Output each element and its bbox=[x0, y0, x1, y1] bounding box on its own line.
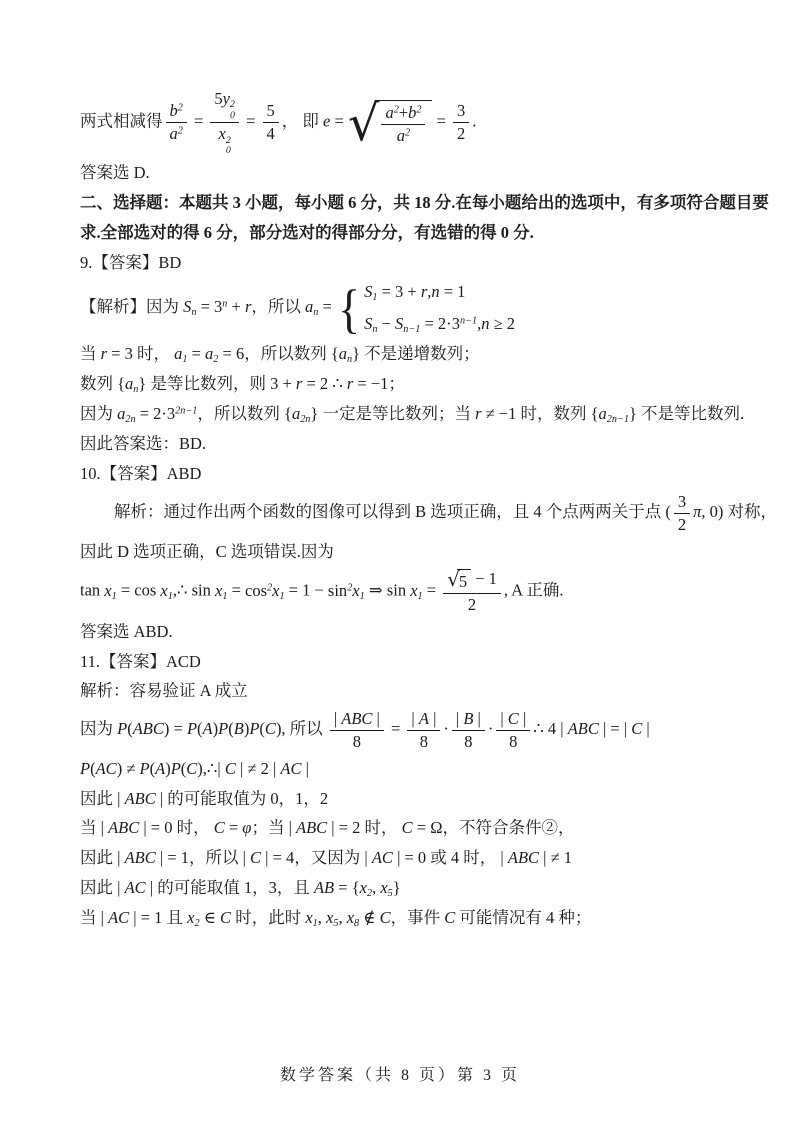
math-var: ABC bbox=[108, 818, 139, 837]
fraction-denominator: 4 bbox=[263, 123, 279, 144]
text-run: | bbox=[429, 709, 436, 728]
script-base: a bbox=[339, 344, 347, 363]
text-run: 求.全部选对的得 6 分，部分选对的得部分分，有选错的得 0 分. bbox=[80, 223, 534, 242]
scripted-term: Sn−1 bbox=[395, 314, 420, 333]
fraction-numerator: 5y20 bbox=[210, 89, 239, 123]
scripted-term: an bbox=[305, 297, 318, 316]
script-base: S bbox=[395, 314, 403, 333]
script-base: x bbox=[410, 581, 417, 600]
q11-abc-values: 因此 | ABC | 的可能取值为 0，1，2 bbox=[80, 787, 736, 812]
text-run: 数列 { bbox=[80, 374, 125, 393]
script-base: a bbox=[385, 103, 393, 122]
text-run: ) = bbox=[164, 719, 187, 738]
fraction-denominator: 2 bbox=[674, 514, 690, 535]
scripted-term: Sn bbox=[364, 314, 377, 333]
fraction-numerator: b2 bbox=[166, 101, 187, 123]
superscript: 2n−1 bbox=[175, 406, 197, 417]
text-run: = bbox=[242, 112, 260, 131]
text-run: 时，此时 bbox=[231, 908, 305, 927]
section-2-header-line1: 二、选择题：本题共 3 小题，每小题 6 分，共 18 分.在每小题给出的选项中… bbox=[80, 191, 736, 216]
math-var: P bbox=[171, 759, 181, 778]
text-run: ；当 | bbox=[251, 818, 296, 837]
text-run: 3 bbox=[457, 101, 465, 120]
scripted-term: a1 bbox=[174, 344, 187, 363]
text-run: 10.【答案】ABD bbox=[80, 464, 201, 483]
scripted-term: x20 bbox=[219, 124, 231, 143]
fraction: 32 bbox=[453, 101, 469, 144]
text-run: , bbox=[318, 908, 326, 927]
q9-line-a2n: 因为 a2n = 2·32n−1，所以数列 {a2n} 一定是等比数列；当 r … bbox=[80, 402, 736, 427]
math-var: A bbox=[419, 709, 429, 728]
text-run: } 不是等比数列. bbox=[629, 404, 744, 423]
q9-final: 因此答案选：BD. bbox=[80, 432, 736, 457]
text-run: } 是等比数列，则 3 + bbox=[138, 374, 295, 393]
text-run: 两式相减得 bbox=[80, 112, 163, 131]
text-run: + bbox=[227, 297, 245, 316]
scripted-term: x1 bbox=[272, 581, 284, 600]
radical-sign-icon: √ bbox=[447, 570, 460, 590]
fraction-numerator: √5 − 1 bbox=[443, 569, 501, 594]
sub-sup-stack: 20 bbox=[230, 100, 235, 121]
script-base: x bbox=[305, 908, 312, 927]
text-run: | bbox=[372, 709, 379, 728]
scripted-term: 3n bbox=[214, 297, 227, 316]
math-var: A bbox=[203, 719, 213, 738]
script-base: 3 bbox=[167, 404, 175, 423]
scripted-term: x1 bbox=[215, 581, 227, 600]
text-run: 因为 bbox=[80, 719, 117, 738]
math-var: AC bbox=[125, 878, 146, 897]
text-run: · bbox=[443, 719, 449, 738]
script-base: a bbox=[170, 124, 178, 143]
math-var: C bbox=[631, 719, 642, 738]
text-run: | 的可能取值 1，3，且 bbox=[146, 878, 314, 897]
fraction: √5 − 12 bbox=[443, 569, 501, 615]
text-run: ，所以数列 { bbox=[197, 404, 292, 423]
text-run: 4 bbox=[267, 124, 275, 143]
text-run: ), 所以 bbox=[276, 719, 327, 738]
text-run: | = 0 或 4 时， | bbox=[393, 848, 508, 867]
text-run: 答案选 ABD. bbox=[80, 622, 173, 641]
scripted-term: x1 bbox=[305, 908, 317, 927]
fraction-numerator: | ABC | bbox=[330, 709, 384, 731]
text-run: = −1； bbox=[353, 374, 405, 393]
math-var: ABC bbox=[508, 848, 539, 867]
answer-sheet-page: 两式相减得b2a2 = 5y20x20 = 54， 即 e = √a2+b2a2… bbox=[0, 0, 800, 1131]
superscript: 2 bbox=[405, 127, 410, 138]
scripted-term: x5 bbox=[326, 908, 338, 927]
text-run: 解析：通过作出两个函数的图像可以得到 B 选项正确，且 4 个点两两关于点 ( bbox=[114, 502, 671, 521]
text-run: ，所以 bbox=[251, 297, 305, 316]
fraction-denominator: 2 bbox=[453, 123, 469, 144]
fraction-numerator: 3 bbox=[453, 101, 469, 123]
script-base: sin bbox=[328, 581, 347, 600]
text-run: } bbox=[393, 878, 401, 897]
fraction-denominator: 8 bbox=[330, 731, 384, 752]
sub-sup-stack: 20 bbox=[226, 136, 231, 157]
text-run: , A 正确. bbox=[504, 581, 564, 600]
math-var: n bbox=[431, 282, 439, 301]
text-run: 2 bbox=[457, 124, 465, 143]
text-run: 可能情况有 4 种； bbox=[455, 908, 591, 927]
superscript: 2 bbox=[178, 103, 183, 114]
text-run: 5 bbox=[214, 89, 222, 108]
superscript: 2 bbox=[416, 104, 421, 115]
text-run: | ≠ 1 bbox=[539, 848, 572, 867]
text-run: − bbox=[377, 314, 395, 333]
fraction: | C |8 bbox=[496, 709, 530, 752]
script-base: x bbox=[352, 581, 359, 600]
math-var: AB bbox=[314, 878, 334, 897]
math-var: A bbox=[155, 759, 165, 778]
fraction-numerator: | B | bbox=[452, 709, 485, 731]
math-var: C bbox=[225, 759, 236, 778]
script-base: x bbox=[160, 581, 167, 600]
text-run: 因为 bbox=[80, 404, 117, 423]
text-run: 2 bbox=[678, 515, 686, 534]
text-run: | bbox=[519, 709, 526, 728]
text-run: 2 bbox=[468, 595, 476, 614]
text-run: = 6，所以数列 { bbox=[218, 344, 338, 363]
math-var: P bbox=[80, 759, 90, 778]
script-base: 3 bbox=[452, 314, 460, 333]
text-run: 二、选择题：本题共 3 小题，每小题 6 分，共 18 分.在每小题给出的选项中… bbox=[80, 193, 769, 212]
text-run: = 2 ∴ bbox=[302, 374, 347, 393]
scripted-term: 32n−1 bbox=[167, 404, 197, 423]
text-run: 8 bbox=[509, 732, 517, 751]
fraction: 54 bbox=[263, 101, 279, 144]
script-base: a bbox=[292, 404, 300, 423]
text-run: 因此 | bbox=[80, 789, 125, 808]
cases-rows: S1 = 3 + r,n = 1Sn − Sn−1 = 2·3n−1,n ≥ 2 bbox=[364, 280, 515, 336]
script-base: cos bbox=[245, 581, 267, 600]
subscript: 2n bbox=[300, 414, 310, 425]
math-var: C bbox=[214, 818, 225, 837]
scripted-term: b2 bbox=[170, 101, 183, 120]
text-run: = bbox=[225, 818, 243, 837]
section-2-header-line2: 求.全部选对的得 6 分，部分选对的得部分分，有选错的得 0 分. bbox=[80, 221, 736, 246]
text-run: = bbox=[330, 112, 348, 131]
text-run: 8 bbox=[353, 732, 361, 751]
fraction: b2a2 bbox=[166, 101, 187, 144]
q11-probability-formula: 因为 P(ABC) = P(A)P(B)P(C), 所以 | ABC |8 = … bbox=[80, 709, 736, 752]
fraction: 5y20x20 bbox=[210, 89, 239, 156]
text-run: } 一定是等比数列；当 bbox=[310, 404, 475, 423]
text-run: | = 0 时， bbox=[139, 818, 213, 837]
q9-line-r3: 当 r = 3 时， a1 = a2 = 6，所以数列 {an} 不是递增数列； bbox=[80, 342, 736, 367]
text-run: = { bbox=[334, 878, 359, 897]
fraction: | A |8 bbox=[407, 709, 440, 752]
scripted-term: x1 bbox=[410, 581, 422, 600]
math-var: ABC bbox=[296, 818, 327, 837]
fraction-numerator: 3 bbox=[674, 492, 690, 514]
math-var: ABC bbox=[125, 848, 156, 867]
cases-row: Sn − Sn−1 = 2·3n−1,n ≥ 2 bbox=[364, 312, 515, 337]
scripted-term: x5 bbox=[380, 878, 392, 897]
fraction-denominator: 8 bbox=[452, 731, 485, 752]
text-run: 当 bbox=[80, 344, 101, 363]
text-run: , bbox=[338, 908, 346, 927]
text-run: = 1 bbox=[440, 282, 466, 301]
text-run: 3 bbox=[678, 492, 686, 511]
text-run: 答案选 D. bbox=[80, 163, 150, 182]
math-var: P bbox=[218, 719, 228, 738]
fraction: a2+b2a2 bbox=[381, 103, 425, 146]
text-run: 解析：容易验证 A 成立 bbox=[80, 681, 248, 700]
q10-trig-formula: tan x1 = cos x1,∴ sin x1 = cos2x1 = 1 − … bbox=[80, 569, 736, 615]
q10-answer: 10.【答案】ABD bbox=[80, 462, 736, 487]
scripted-term: an bbox=[339, 344, 352, 363]
scripted-term: sin2 bbox=[328, 581, 352, 600]
math-var: C bbox=[380, 908, 391, 927]
math-var: C bbox=[250, 848, 261, 867]
scripted-term: a2n−1 bbox=[599, 404, 629, 423]
math-var: C bbox=[444, 908, 455, 927]
text-run: ≠ −1 时，数列 { bbox=[482, 404, 599, 423]
radical-sign-icon: √ bbox=[348, 99, 380, 149]
q11-answer: 11.【答案】ACD bbox=[80, 650, 736, 675]
text-run: = bbox=[423, 581, 441, 600]
subscript: 2n−1 bbox=[607, 414, 629, 425]
q11-ac-case-1: 当 | AC | = 1 且 x2 ∈ C 时，此时 x1, x5, x8 ∉ … bbox=[80, 906, 736, 931]
text-run: | bbox=[473, 709, 480, 728]
text-run: ∴ 4 | bbox=[533, 719, 567, 738]
scripted-term: x2 bbox=[187, 908, 199, 927]
text-run: + bbox=[399, 103, 408, 122]
scripted-term: x1 bbox=[160, 581, 172, 600]
superscript: 2 bbox=[178, 126, 183, 137]
scripted-term: a2 bbox=[397, 126, 410, 145]
text-run: 因此 D 选项正确，C 选项错误.因为 bbox=[80, 542, 334, 561]
script-base: x bbox=[380, 878, 387, 897]
text-run: ∉ bbox=[359, 908, 379, 927]
left-brace-icon: { bbox=[338, 284, 360, 333]
math-var: ABC bbox=[568, 719, 599, 738]
text-run: | = 4，又因为 | bbox=[261, 848, 372, 867]
superscript: n−1 bbox=[460, 315, 477, 326]
math-var: C bbox=[265, 719, 276, 738]
script-base: a bbox=[397, 126, 405, 145]
page-footer: 数学答案（共 8 页）第 3 页 bbox=[0, 1062, 800, 1085]
scripted-term: 3n−1 bbox=[452, 314, 477, 333]
text-run: = cos bbox=[117, 581, 161, 600]
text-run: 因此答案选：BD. bbox=[80, 434, 206, 453]
text-run: 8 bbox=[464, 732, 472, 751]
scripted-term: a2 bbox=[205, 344, 218, 363]
q11-abc-cases: 当 | ABC | = 0 时， C = φ；当 | ABC | = 2 时， … bbox=[80, 816, 736, 841]
scripted-term: b2 bbox=[408, 103, 421, 122]
text-run: 【解析】因为 bbox=[80, 297, 183, 316]
content-lines: 两式相减得b2a2 = 5y20x20 = 54， 即 e = √a2+b2a2… bbox=[80, 89, 736, 931]
q11-analysis: 解析：容易验证 A 成立 bbox=[80, 679, 736, 704]
math-var: ABC bbox=[125, 789, 156, 808]
text-run: | 的可能取值为 0，1，2 bbox=[156, 789, 328, 808]
scripted-term: x1 bbox=[352, 581, 364, 600]
math-var: C bbox=[402, 818, 413, 837]
sqrt-radical: √5 bbox=[447, 569, 471, 592]
math-var: B bbox=[463, 709, 473, 728]
math-var: P bbox=[249, 719, 259, 738]
fraction-numerator: 5 bbox=[263, 101, 279, 123]
text-run: 11.【答案】ACD bbox=[80, 652, 201, 671]
text-run: = 2· bbox=[420, 314, 451, 333]
text-run: 当 | bbox=[80, 818, 108, 837]
text-run: = Ω，不符合条件②， bbox=[413, 818, 575, 837]
q10-line-d-correct: 因此 D 选项正确，C 选项错误.因为 bbox=[80, 540, 736, 565]
scripted-term: x8 bbox=[347, 908, 359, 927]
q11-ac-values: 因此 | AC | 的可能取值 1，3，且 AB = {x2, x5} bbox=[80, 876, 736, 901]
scripted-term: x1 bbox=[104, 581, 116, 600]
scripted-term: a2n bbox=[292, 404, 310, 423]
math-var: ABC bbox=[133, 719, 164, 738]
scripted-term: a2 bbox=[385, 103, 398, 122]
scripted-term: Sn bbox=[183, 297, 196, 316]
text-run: = bbox=[227, 581, 245, 600]
q8-final-formula: 两式相减得b2a2 = 5y20x20 = 54， 即 e = √a2+b2a2… bbox=[80, 89, 736, 156]
fraction-numerator: a2+b2 bbox=[381, 103, 425, 125]
scripted-term: a2n bbox=[117, 404, 135, 423]
q8-answer: 答案选 D. bbox=[80, 161, 736, 186]
math-var: ABC bbox=[341, 709, 372, 728]
text-run: ，事件 bbox=[391, 908, 445, 927]
math-var: C bbox=[186, 759, 197, 778]
q9-line-geometric: 数列 {an} 是等比数列，则 3 + r = 2 ∴ r = −1； bbox=[80, 372, 736, 397]
text-run: | bbox=[302, 759, 309, 778]
text-run: 9.【答案】BD bbox=[80, 253, 181, 272]
script-base: b bbox=[170, 101, 178, 120]
text-run: · bbox=[488, 719, 494, 738]
text-run: | = 1，所以 | bbox=[156, 848, 250, 867]
text-run: = 2· bbox=[136, 404, 167, 423]
text-run: ,∴ sin bbox=[173, 581, 215, 600]
text-run: 8 bbox=[420, 732, 428, 751]
math-var: P bbox=[117, 719, 127, 738]
math-var: C bbox=[508, 709, 519, 728]
text-run: − 1 bbox=[471, 570, 497, 589]
scripted-term: x2 bbox=[360, 878, 372, 897]
script-base: x bbox=[219, 124, 226, 143]
text-run: 因此 | bbox=[80, 878, 125, 897]
text-run: , 0) 对称， bbox=[701, 502, 777, 521]
text-run: = bbox=[432, 112, 450, 131]
script-base: x bbox=[104, 581, 111, 600]
text-run: | bbox=[500, 709, 507, 728]
fraction: | ABC |8 bbox=[330, 709, 384, 752]
math-var: AC bbox=[96, 759, 117, 778]
math-var: P bbox=[140, 759, 150, 778]
scripted-term: y20 bbox=[223, 89, 235, 108]
math-var: AC bbox=[280, 759, 301, 778]
text-run: ∈ bbox=[200, 908, 220, 927]
text-run: 当 | bbox=[80, 908, 108, 927]
text-run: . bbox=[472, 112, 476, 131]
script-base: x bbox=[360, 878, 367, 897]
text-run: = bbox=[387, 719, 405, 738]
q10-final: 答案选 ABD. bbox=[80, 620, 736, 645]
script-base: y bbox=[223, 89, 230, 108]
fraction-denominator: 2 bbox=[443, 594, 501, 615]
text-run: = 3 + bbox=[377, 282, 420, 301]
fraction-numerator: | A | bbox=[407, 709, 440, 731]
text-run: } 不是递增数列； bbox=[352, 344, 480, 363]
scripted-term: cos2 bbox=[245, 581, 272, 600]
text-run: ),∴| bbox=[197, 759, 225, 778]
text-run: ≥ 2 bbox=[489, 314, 515, 333]
text-run: = 3 时， bbox=[107, 344, 174, 363]
subscript: 0 bbox=[226, 146, 231, 156]
subscript: 0 bbox=[230, 111, 235, 121]
q11-abc-equals-1: 因此 | ABC | = 1，所以 | C | = 4，又因为 | AC | =… bbox=[80, 846, 736, 871]
text-run: = 1 − bbox=[285, 581, 328, 600]
math-var: P bbox=[187, 719, 197, 738]
text-run: = bbox=[187, 344, 205, 363]
script-base: a bbox=[599, 404, 607, 423]
cases-row: S1 = 3 + r,n = 1 bbox=[364, 280, 515, 305]
q10-analysis: 解析：通过作出两个函数的图像可以得到 B 选项正确，且 4 个点两两关于点 (3… bbox=[80, 492, 736, 535]
radical-body: a2+b2a2 bbox=[376, 100, 432, 146]
fraction-denominator: 8 bbox=[496, 731, 530, 752]
math-var: B bbox=[234, 719, 244, 738]
text-run: = bbox=[196, 297, 214, 316]
subscript: 2n bbox=[125, 414, 135, 425]
scripted-term: a2 bbox=[170, 124, 183, 143]
cases-group: {S1 = 3 + r,n = 1Sn − Sn−1 = 2·3n−1,n ≥ … bbox=[336, 280, 515, 336]
q9-answer: 9.【答案】BD bbox=[80, 251, 736, 276]
fraction: | B |8 bbox=[452, 709, 485, 752]
script-base: x bbox=[347, 908, 354, 927]
text-run: | = 2 时， bbox=[327, 818, 401, 837]
fraction-denominator: x20 bbox=[210, 123, 239, 156]
text-run: 5 bbox=[267, 101, 275, 120]
text-run: | ≠ 2 | bbox=[236, 759, 281, 778]
fraction-numerator: | C | bbox=[496, 709, 530, 731]
text-run: ， 即 bbox=[282, 112, 323, 131]
scripted-term: S1 bbox=[364, 282, 377, 301]
text-run: tan bbox=[80, 581, 104, 600]
text-run: = bbox=[190, 112, 208, 131]
text-run: 因此 | bbox=[80, 848, 125, 867]
fraction: 32 bbox=[674, 492, 690, 535]
text-run: ⇒ sin bbox=[365, 581, 410, 600]
scripted-term: an bbox=[125, 374, 138, 393]
text-run: ) ≠ bbox=[117, 759, 140, 778]
text-run: | bbox=[642, 719, 649, 738]
subscript: n−1 bbox=[403, 324, 420, 335]
text-run: | = 1 且 bbox=[129, 908, 187, 927]
math-var: AC bbox=[372, 848, 393, 867]
text-run: = bbox=[318, 297, 336, 316]
text-run: | = | bbox=[599, 719, 631, 738]
fraction-denominator: a2 bbox=[381, 125, 425, 146]
text-run: | bbox=[411, 709, 418, 728]
math-var: AC bbox=[108, 908, 129, 927]
fraction-denominator: a2 bbox=[166, 123, 187, 144]
math-var: C bbox=[220, 908, 231, 927]
sqrt-radical: √a2+b2a2 bbox=[348, 98, 433, 148]
q11-pac-line: P(AC) ≠ P(A)P(C),∴| C | ≠ 2 | AC | bbox=[80, 757, 736, 782]
fraction-denominator: 8 bbox=[407, 731, 440, 752]
q9-analysis-cases: 【解析】因为 Sn = 3n + r，所以 an = {S1 = 3 + r,n… bbox=[80, 280, 736, 336]
